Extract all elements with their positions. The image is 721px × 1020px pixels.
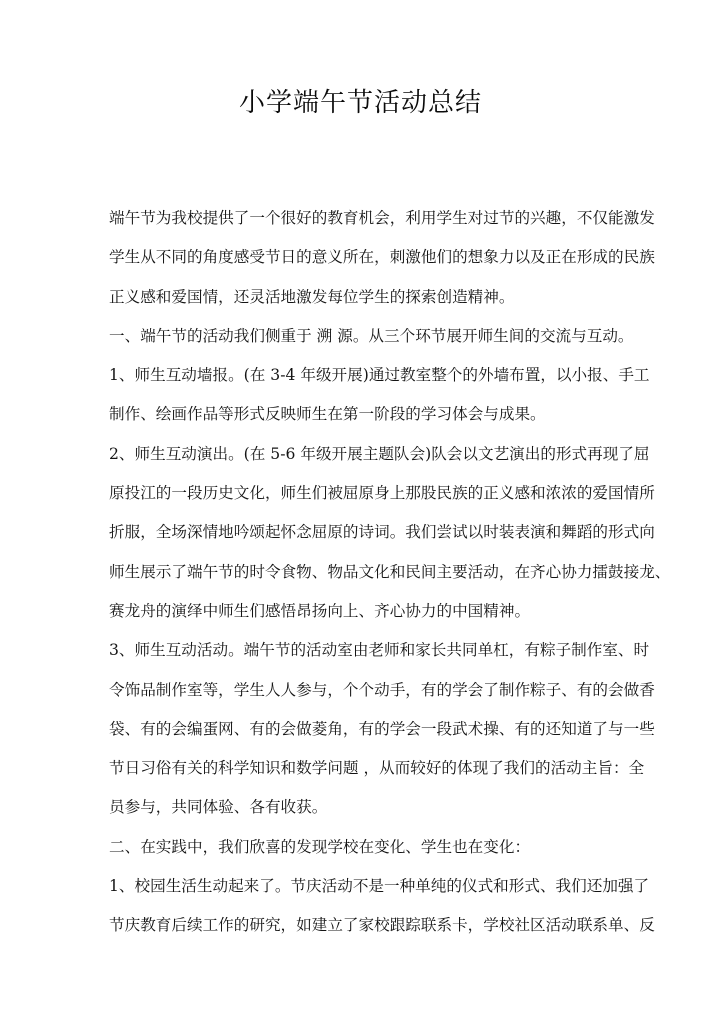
document-page: 小学端午节活动总结 端午节为我校提供了一个很好的教育机会，利用学生对过节的兴趣，…: [0, 0, 721, 1020]
text-line: 二、在实践中，我们欣喜的发现学校在变化、学生也在变化：: [109, 834, 613, 873]
text-line: 原投江的一段历史文化，师生们被屈原身上那股民族的正义感和浓浓的爱国情所: [109, 480, 613, 519]
text-line: 3、师生互动活动。端午节的活动室由老师和家长共同单杠，有粽子制作室、时: [109, 637, 613, 676]
text-line: 折服，全场深情地吟颂起怀念屈原的诗词。我们尝试以时装表演和舞蹈的形式向: [109, 519, 613, 558]
text-line: 学生从不同的角度感受节日的意义所在，刺激他们的想象力以及正在形成的民族: [109, 244, 613, 283]
text-line: 赛龙舟的演绎中师生们感悟昂扬向上、齐心协力的中国精神。: [109, 598, 613, 637]
text-line: 正义感和爱国情，还灵活地激发每位学生的探索创造精神。: [109, 284, 613, 323]
document-body: 端午节为我校提供了一个很好的教育机会，利用学生对过节的兴趣，不仅能激发学生从不同…: [109, 205, 613, 952]
text-line: 员参与，共同体验、各有收获。: [109, 794, 613, 833]
text-line: 节日习俗有关的科学知识和数学问题 ，从而较好的体现了我们的活动主旨：全: [109, 755, 613, 794]
text-line: 节庆教育后续工作的研究，如建立了家校跟踪联系卡，学校社区活动联系单、反: [109, 912, 613, 951]
text-line: 袋、有的会编蛋网、有的会做菱角，有的学会一段武术操、有的还知道了与一些: [109, 716, 613, 755]
text-line: 一、端午节的活动我们侧重于 溯 源。从三个环节展开师生间的交流与互动。: [109, 323, 613, 362]
text-line: 端午节为我校提供了一个很好的教育机会，利用学生对过节的兴趣，不仅能激发: [109, 205, 613, 244]
document-title: 小学端午节活动总结: [0, 86, 721, 120]
text-line: 令饰品制作室等，学生人人参与，个个动手，有的学会了制作粽子、有的会做香: [109, 677, 613, 716]
text-line: 2、师生互动演出。(在 5-6 年级开展主题队会)队会以文艺演出的形式再现了屈: [109, 441, 613, 480]
text-line: 1、师生互动墙报。(在 3-4 年级开展)通过教室整个的外墙布置，以小报、手工: [109, 362, 613, 401]
text-line: 师生展示了端午节的时令食物、物品文化和民间主要活动，在齐心协力擂鼓接龙、: [109, 559, 613, 598]
text-line: 1、校园生活生动起来了。节庆活动不是一种单纯的仪式和形式、我们还加强了: [109, 873, 613, 912]
text-line: 制作、绘画作品等形式反映师生在第一阶段的学习体会与成果。: [109, 401, 613, 440]
